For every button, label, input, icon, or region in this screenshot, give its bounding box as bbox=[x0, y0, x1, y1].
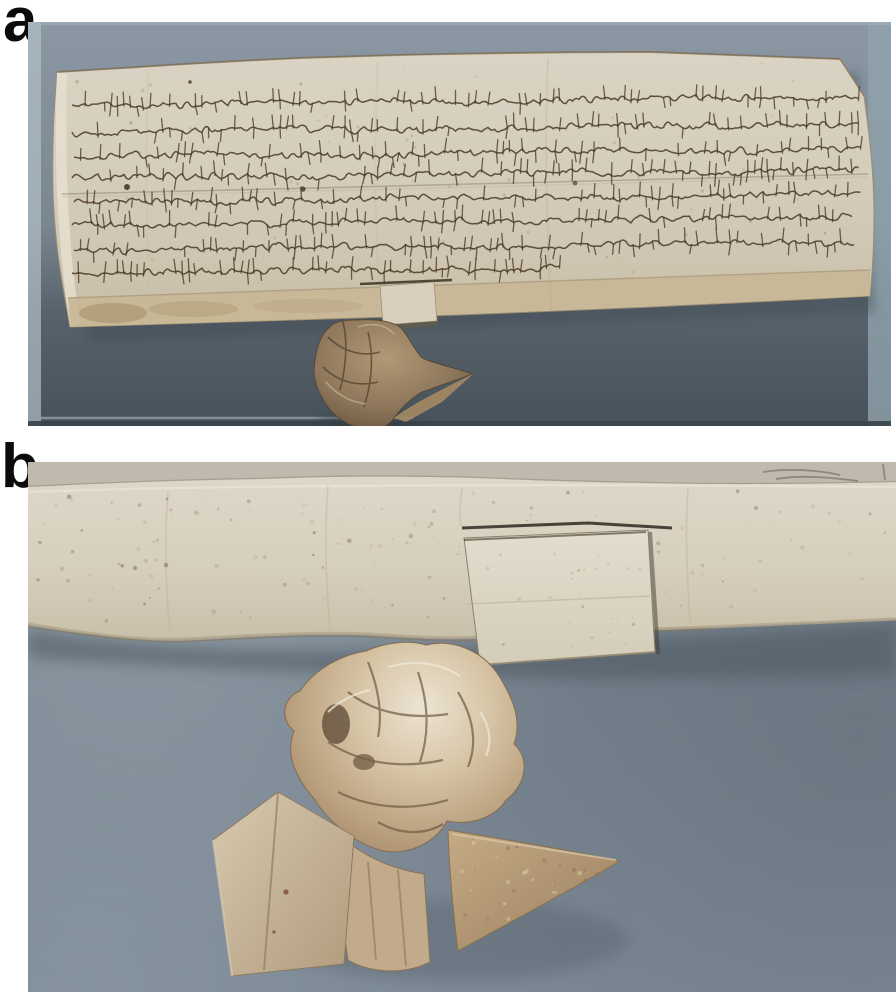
stain-spot bbox=[124, 184, 130, 190]
plica-stain bbox=[79, 303, 147, 323]
plica-strip bbox=[28, 477, 896, 640]
seal-dark-hollow bbox=[322, 704, 350, 744]
plica-stain bbox=[253, 299, 363, 313]
seal-tag bbox=[380, 282, 437, 325]
photo-a-top-edge bbox=[28, 22, 891, 25]
panel-b-photo bbox=[28, 462, 896, 992]
stain-spot bbox=[573, 181, 578, 186]
parchment-charter bbox=[53, 52, 874, 327]
flap-fleck bbox=[283, 889, 288, 894]
flap-fleck bbox=[272, 930, 276, 934]
plica-strip-closeup bbox=[28, 462, 896, 642]
seal-tag-closeup bbox=[462, 523, 672, 665]
seal-closeup-image bbox=[28, 462, 896, 992]
charter-photo-image bbox=[28, 22, 891, 426]
ink-dot bbox=[188, 80, 192, 84]
plica-stain bbox=[148, 301, 238, 317]
photo-a-bottom-edge bbox=[28, 421, 891, 426]
backing-board-left-edge bbox=[28, 22, 41, 426]
panel-a-photo bbox=[28, 22, 891, 426]
